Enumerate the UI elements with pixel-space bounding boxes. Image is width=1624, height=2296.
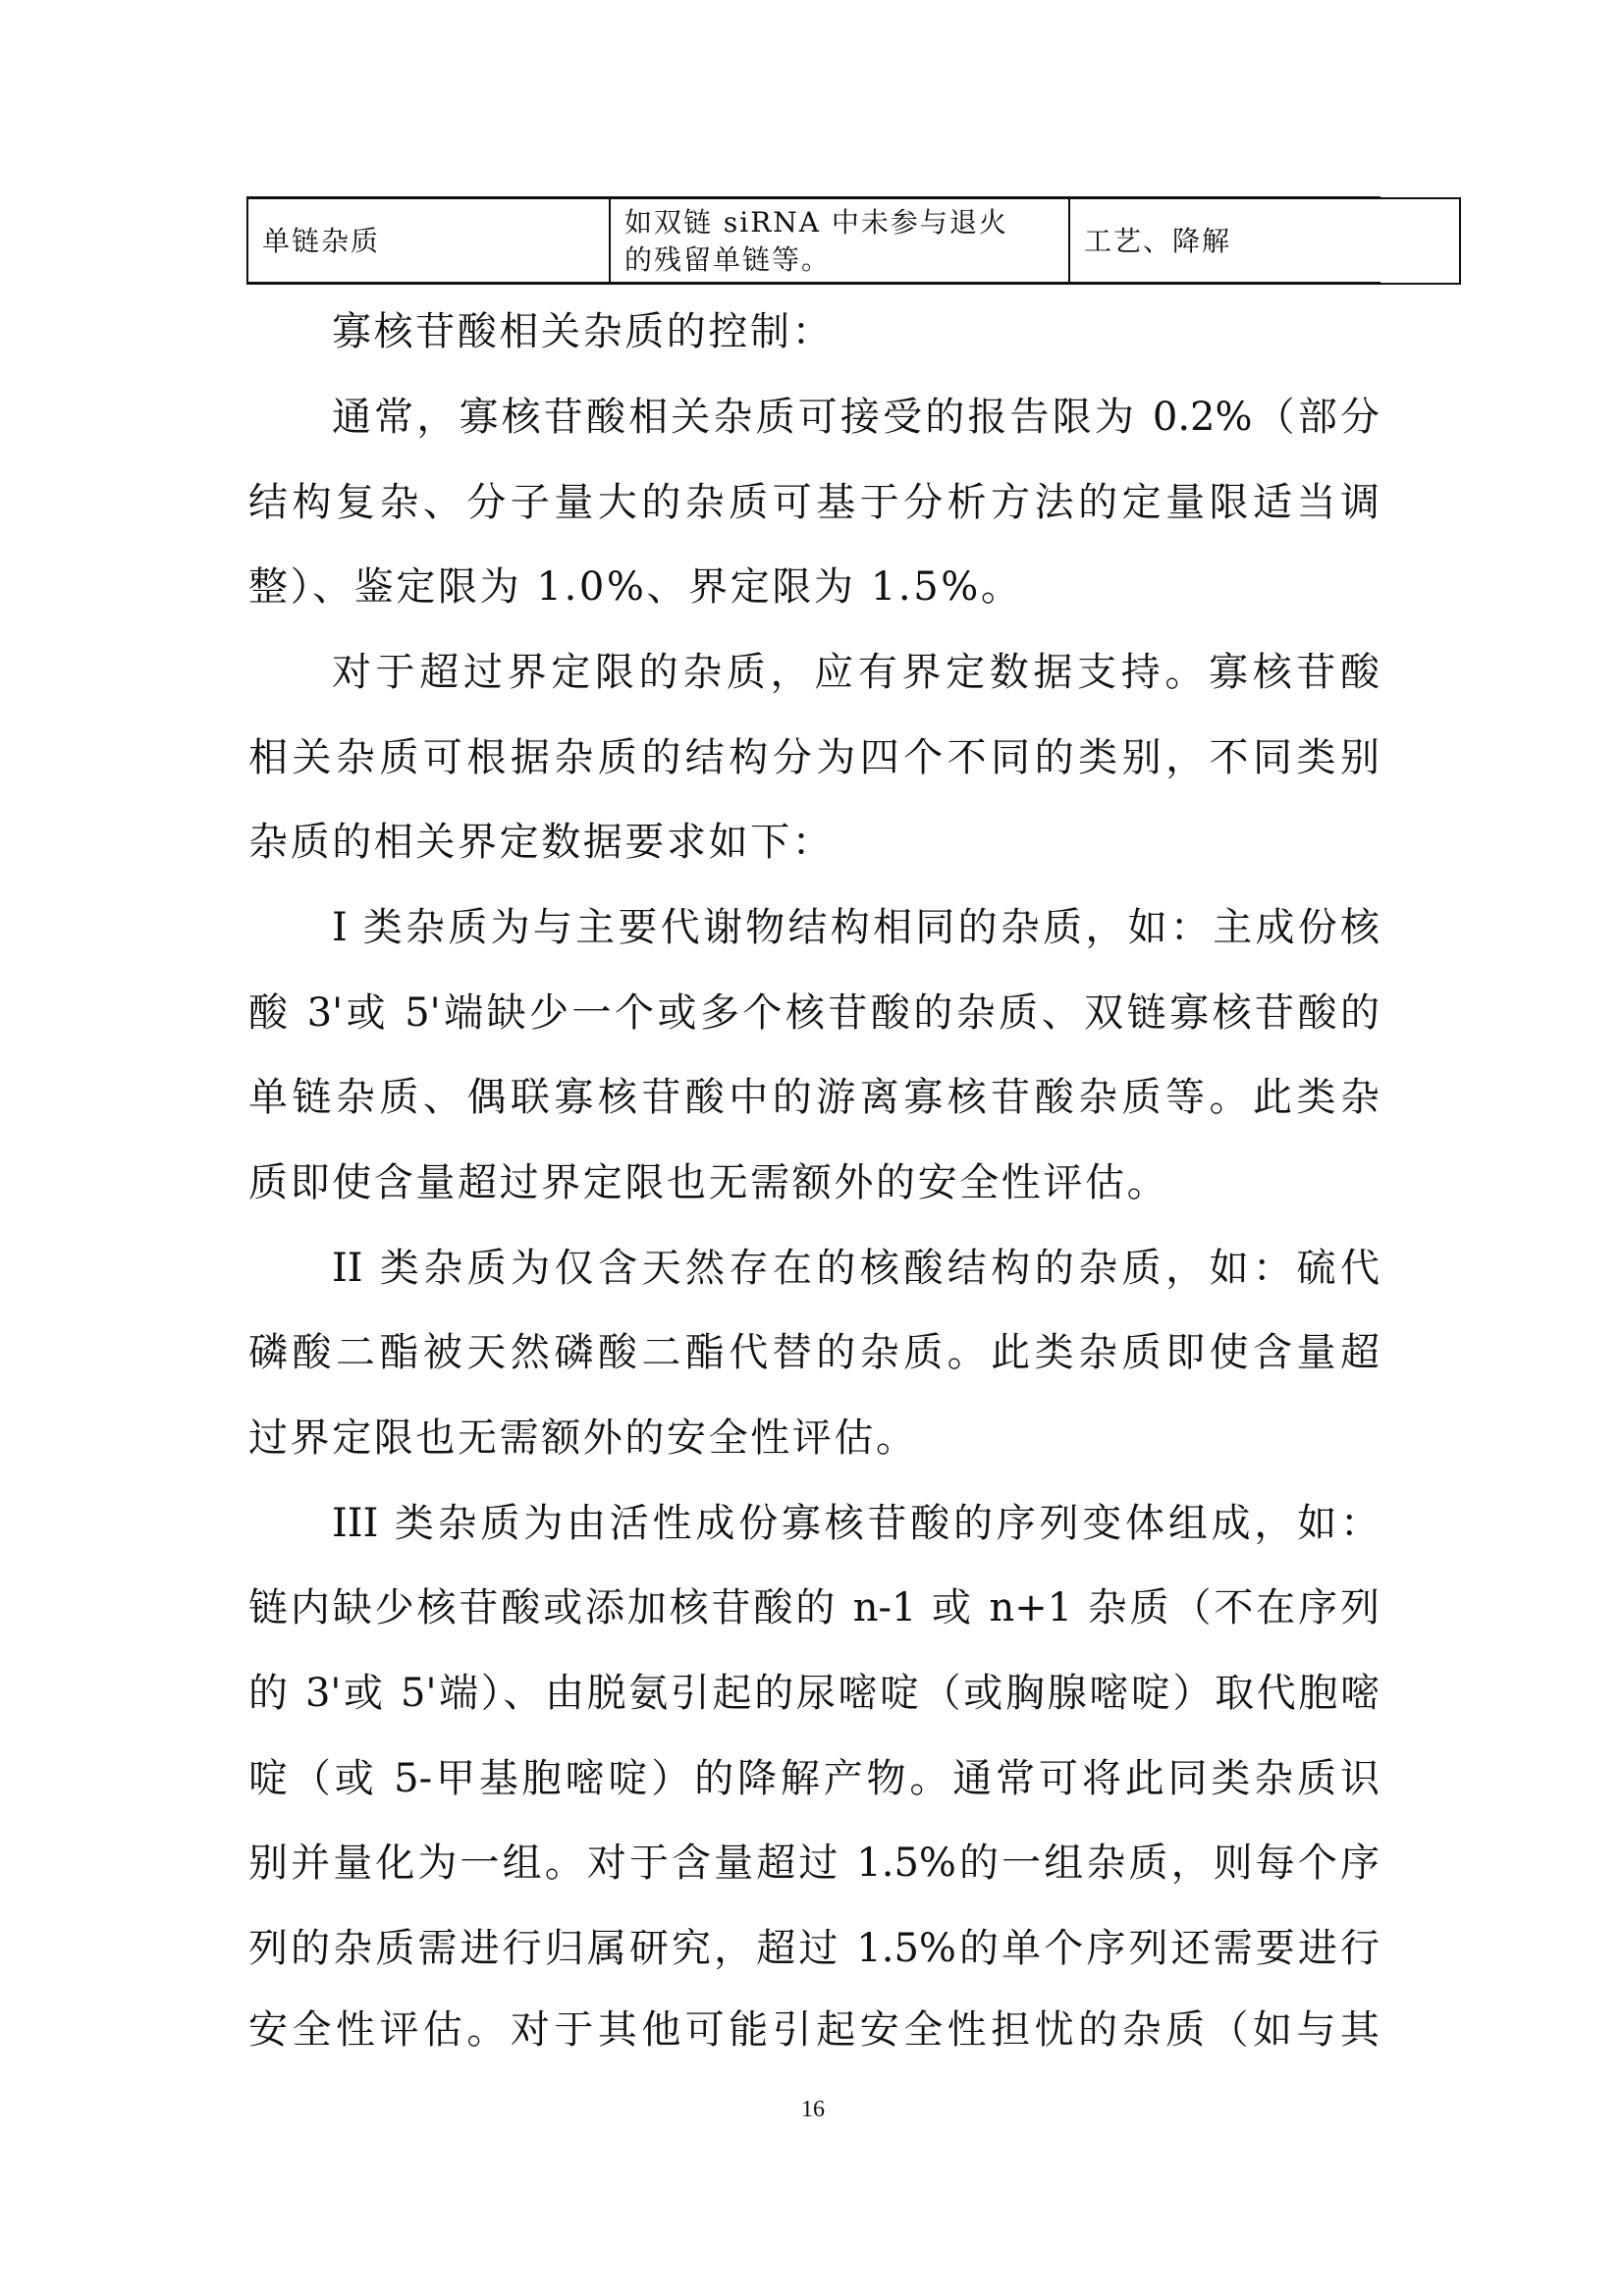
- description-line: 的残留单链等。: [624, 241, 1062, 279]
- table-cell-description: 如双链 siRNA 中未参与退火 的残留单链等。: [610, 198, 1069, 284]
- paragraph-line: 磷酸二酯被天然磷酸二酯代替的杂质。此类杂质即使含量超: [248, 1328, 1380, 1377]
- paragraph-line: 质即使含量超过界定限也无需额外的安全性评估。: [248, 1158, 1380, 1207]
- paragraph-line: 杂质的相关界定数据要求如下：: [248, 818, 1380, 867]
- paragraph-line: 相关杂质可根据杂质的结构分为四个不同的类别，不同类别: [248, 733, 1380, 782]
- document-page: 单链杂质 如双链 siRNA 中未参与退火 的残留单链等。 工艺、降解 寡核苷酸…: [0, 0, 1624, 2296]
- impurity-type-text: 单链杂质: [262, 225, 380, 257]
- paragraph-line: 过界定限也无需额外的安全性评估。: [248, 1414, 1380, 1463]
- table-cell-impurity-type: 单链杂质: [247, 198, 610, 284]
- paragraph-line: 通常，寡核苷酸相关杂质可接受的报告限为 0.2%（部分: [332, 393, 1380, 442]
- paragraph-line: 结构复杂、分子量大的杂质可基于分析方法的定量限适当调: [248, 478, 1380, 527]
- section-heading: 寡核苷酸相关杂质的控制：: [332, 307, 834, 356]
- paragraph-line: 整）、鉴定限为 1.0%、界定限为 1.5%。: [248, 562, 1380, 612]
- paragraph-line: 别并量化为一组。对于含量超过 1.5%的一组杂质，则每个序: [248, 1839, 1380, 1888]
- description-line: 如双链 siRNA 中未参与退火: [624, 204, 1062, 241]
- table-row: 单链杂质 如双链 siRNA 中未参与退火 的残留单链等。 工艺、降解: [247, 198, 1460, 284]
- paragraph-line: 酸 3'或 5'端缺少一个或多个核苷酸的杂质、双链寡核苷酸的: [248, 988, 1380, 1038]
- paragraph-line: II 类杂质为仅含天然存在的核酸结构的杂质，如：硫代: [332, 1244, 1380, 1293]
- table-cell-source: 工艺、降解: [1069, 198, 1460, 284]
- paragraph-line: 列的杂质需进行归属研究，超过 1.5%的单个序列还需要进行: [248, 1924, 1380, 1973]
- paragraph-line: 啶（或 5-甲基胞嘧啶）的降解产物。通常可将此同类杂质识: [248, 1754, 1380, 1803]
- paragraph-line: 的 3'或 5'端）、由脱氨引起的尿嘧啶（或胸腺嘧啶）取代胞嘧: [248, 1669, 1380, 1718]
- table-top-border: [246, 196, 1380, 199]
- paragraph-line: I 类杂质为与主要代谢物结构相同的杂质，如：主成份核: [332, 903, 1380, 952]
- paragraph-line: 对于超过界定限的杂质，应有界定数据支持。寡核苷酸: [332, 648, 1380, 697]
- paragraph-line: 单链杂质、偶联寡核苷酸中的游离寡核苷酸杂质等。此类杂: [248, 1073, 1380, 1122]
- paragraph-line: 安全性评估。对于其他可能引起安全性担忧的杂质（如与其: [248, 2005, 1380, 2055]
- source-text: 工艺、降解: [1084, 225, 1231, 257]
- impurity-table: 单链杂质 如双链 siRNA 中未参与退火 的残留单链等。 工艺、降解: [246, 197, 1461, 285]
- paragraph-line: III 类杂质为由活性成份寡核苷酸的序列变体组成，如：: [332, 1499, 1380, 1548]
- paragraph-line: 链内缺少核苷酸或添加核苷酸的 n-1 或 n+1 杂质（不在序列: [248, 1583, 1380, 1632]
- page-number: 16: [797, 2095, 829, 2124]
- table-bottom-border: [246, 282, 1380, 285]
